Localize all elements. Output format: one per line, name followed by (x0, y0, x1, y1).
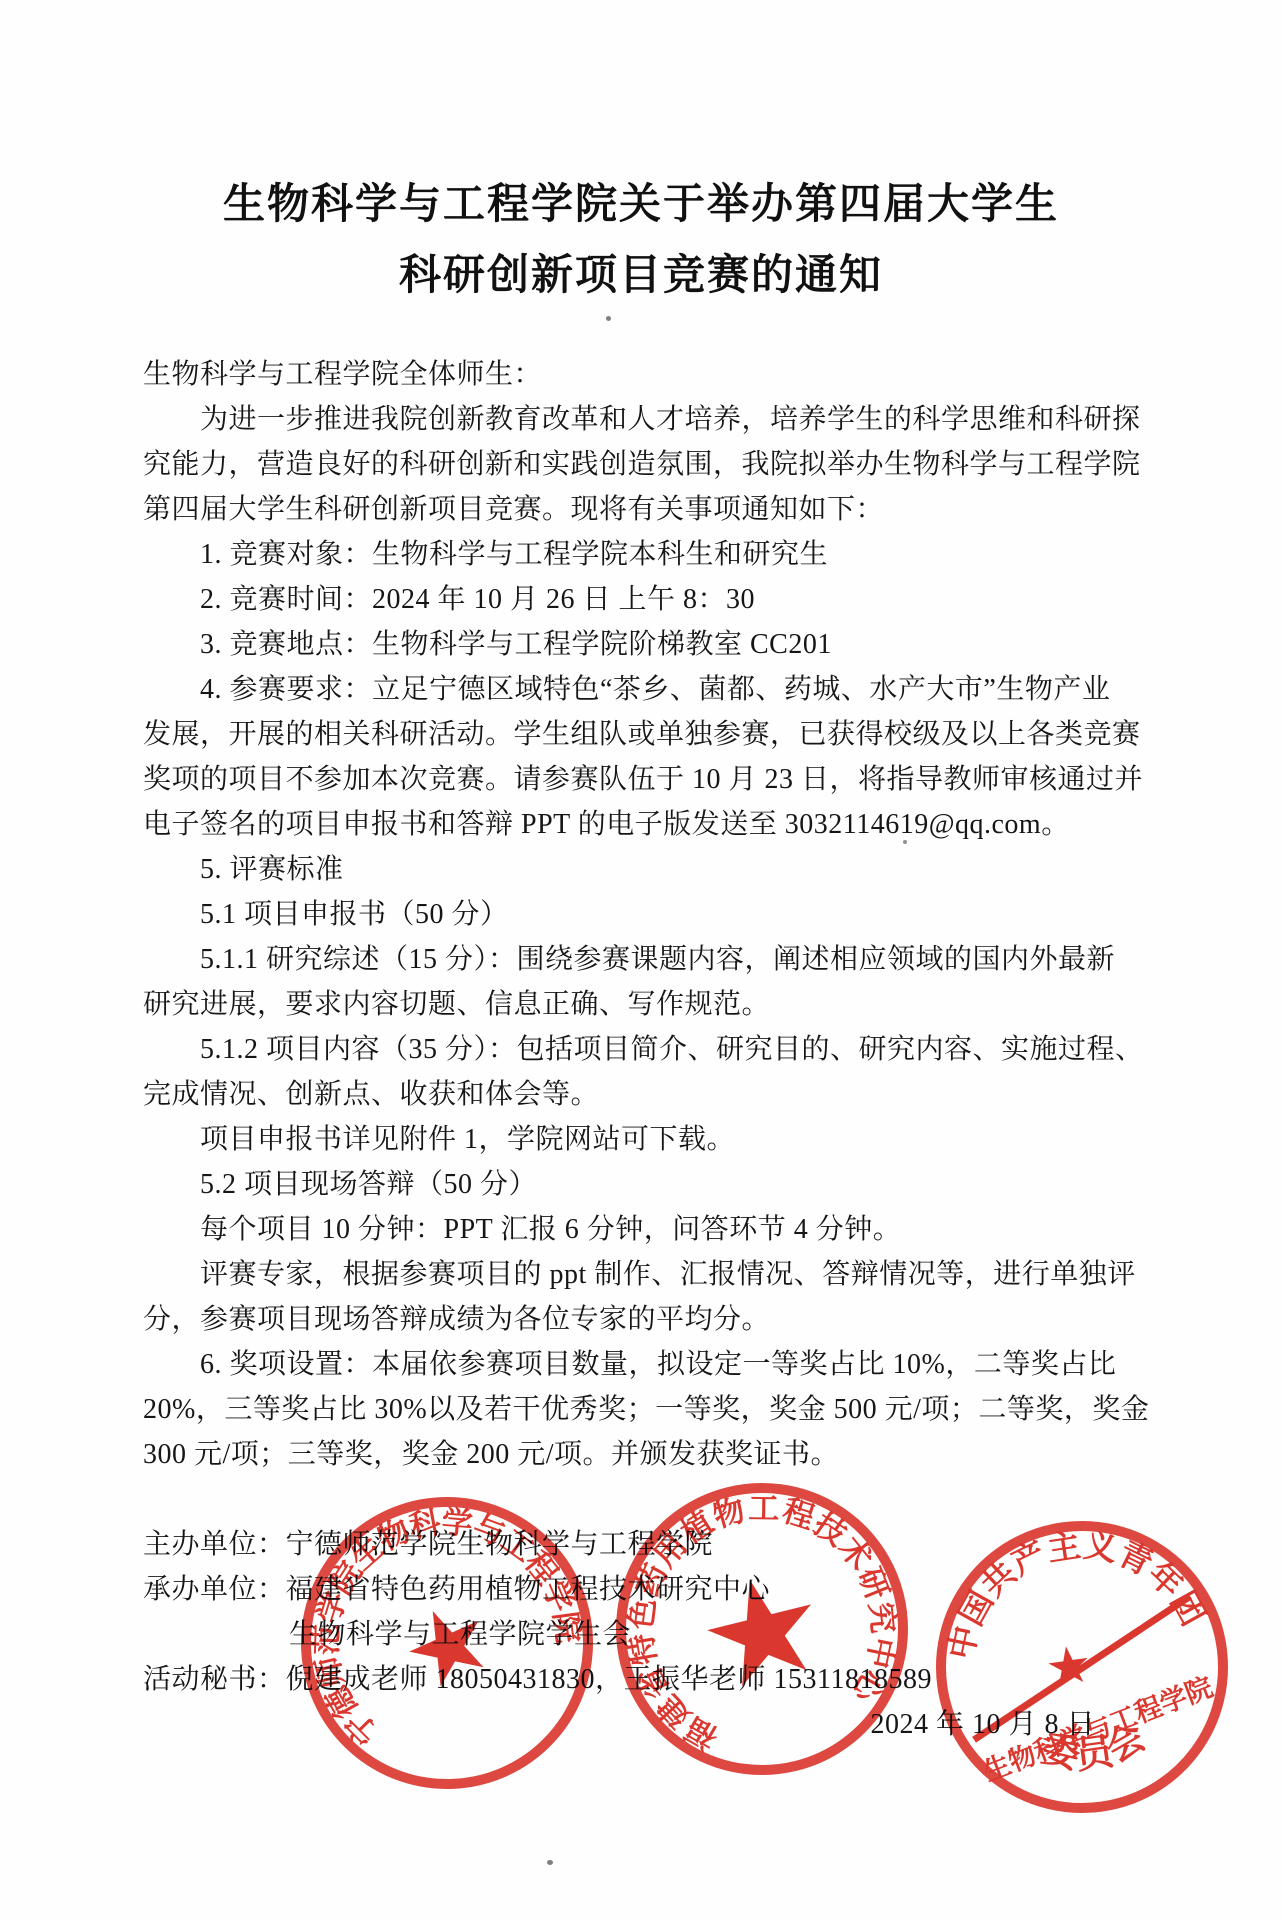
body-line: 1. 竞赛对象：生物科学与工程学院本科生和研究生 (143, 532, 1153, 577)
secretary-value: 倪建成老师 18050431830，王振华老师 15311818589 (286, 1664, 932, 1695)
body-line: 300 元/项；三等奖，奖金 200 元/项。并颁发获奖证书。 (143, 1432, 1153, 1477)
body-line: 项目申报书详见附件 1，学院网站可下载。 (143, 1117, 1153, 1162)
host-value: 宁德师范学院生物科学与工程学院 (286, 1529, 714, 1560)
secretary-label: 活动秘书： (143, 1664, 286, 1695)
title-line-2: 科研创新项目竞赛的通知 (0, 239, 1282, 310)
body-line: 究能力，营造良好的科研创新和实践创造氛围，我院拟举办生物科学与工程学院 (143, 442, 1153, 487)
host-label: 主办单位： (143, 1529, 286, 1560)
body-line: 完成情况、创新点、收获和体会等。 (143, 1072, 1153, 1117)
body-line: 发展，开展的相关科研活动。学生组队或单独参赛，已获得校级及以上各类竞赛 (143, 712, 1153, 757)
body-line: 每个项目 10 分钟：PPT 汇报 6 分钟，问答环节 4 分钟。 (143, 1207, 1153, 1252)
body-line: 研究进展，要求内容切题、信息正确、写作规范。 (143, 982, 1153, 1027)
organizer-label: 承办单位： (143, 1574, 286, 1605)
organizer-value: 福建省特色药用植物工程技术研究中心 (286, 1574, 771, 1605)
body-line: 5.1.1 研究综述（15 分）：围绕参赛课题内容，阐述相应领域的国内外最新 (143, 937, 1153, 982)
body-line: 4. 参赛要求：立足宁德区域特色“茶乡、菌都、药城、水产大市”生物产业 (143, 667, 1153, 712)
body-line: 奖项的项目不参加本次竞赛。请参赛队伍于 10 月 23 日，将指导教师审核通过并 (143, 757, 1153, 802)
secretary-line: 活动秘书：倪建成老师 18050431830，王振华老师 15311818589 (143, 1657, 1143, 1702)
notice-body: 生物科学与工程学院全体师生： 为进一步推进我院创新教育改革和人才培养，培养学生的… (143, 352, 1153, 1477)
page-title: 生物科学与工程学院关于举办第四届大学生 科研创新项目竞赛的通知 (0, 168, 1282, 310)
notice-date: 2024 年 10 月 8 日 (143, 1702, 1143, 1747)
title-line-1: 生物科学与工程学院关于举办第四届大学生 (0, 168, 1282, 239)
body-line: 评赛专家，根据参赛项目的 ppt 制作、汇报情况、答辩情况等，进行单独评 (143, 1252, 1153, 1297)
body-line: 分，参赛项目现场答辩成绩为各位专家的平均分。 (143, 1297, 1153, 1342)
body-line: 20%，三等奖占比 30%以及若干优秀奖；一等奖，奖金 500 元/项；二等奖，… (143, 1387, 1153, 1432)
host-line: 主办单位：宁德师范学院生物科学与工程学院 (143, 1522, 1143, 1567)
salutation: 生物科学与工程学院全体师生： (143, 352, 1153, 397)
body-line: 5.1 项目申报书（50 分） (143, 892, 1153, 937)
body-line: 5. 评赛标准 (143, 847, 1153, 892)
organizer-line-2: 生物科学与工程学院学生会 (143, 1612, 1143, 1657)
body-line: 第四届大学生科研创新项目竞赛。现将有关事项通知如下： (143, 487, 1153, 532)
body-line: 3. 竞赛地点：生物科学与工程学院阶梯教室 CC201 (143, 622, 1153, 667)
body-line: 为进一步推进我院创新教育改革和人才培养，培养学生的科学思维和科研探 (143, 397, 1153, 442)
scan-speck (606, 316, 611, 321)
body-line: 5.2 项目现场答辩（50 分） (143, 1162, 1153, 1207)
body-line: 电子签名的项目申报书和答辩 PPT 的电子版发送至 3032114619@qq.… (143, 802, 1153, 847)
scan-speck (547, 1860, 553, 1865)
notice-footer: 主办单位：宁德师范学院生物科学与工程学院 承办单位：福建省特色药用植物工程技术研… (143, 1522, 1143, 1747)
body-line: 6. 奖项设置：本届依参赛项目数量，拟设定一等奖占比 10%，二等奖占比 (143, 1342, 1153, 1387)
scan-speck (903, 840, 907, 844)
body-line: 5.1.2 项目内容（35 分）：包括项目简介、研究目的、研究内容、实施过程、 (143, 1027, 1153, 1072)
scanned-notice-page: 生物科学与工程学院关于举办第四届大学生 科研创新项目竞赛的通知 生物科学与工程学… (0, 0, 1282, 1920)
organizer-line: 承办单位：福建省特色药用植物工程技术研究中心 (143, 1567, 1143, 1612)
body-line: 2. 竞赛时间：2024 年 10 月 26 日 上午 8：30 (143, 577, 1153, 622)
